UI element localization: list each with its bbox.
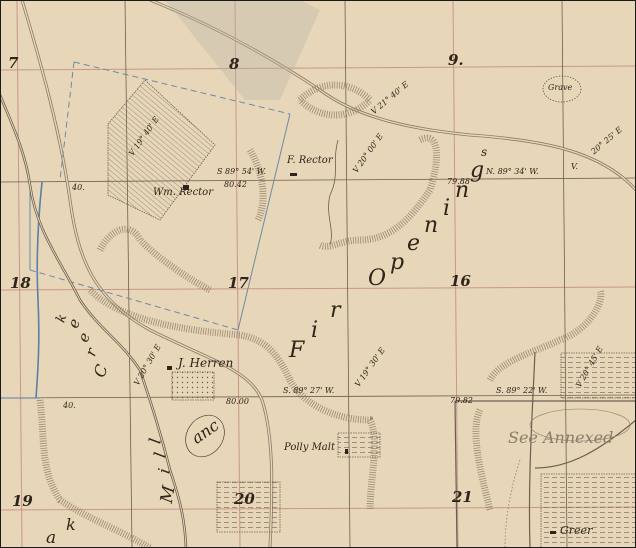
distance-79-82: 79.82 — [450, 397, 473, 405]
owner-j-herren: J. Herren — [178, 357, 233, 369]
grave-label: Grave — [548, 84, 572, 92]
see-annexed-label: See Annexed — [508, 430, 613, 446]
section-7: 7 — [8, 56, 18, 71]
distance-79-88: 79.88 — [447, 178, 470, 186]
openings-letter-n: n — [424, 215, 438, 237]
openings-letter-g: g — [470, 160, 484, 182]
field-polly-malt — [338, 433, 380, 457]
owner-greer: Greer — [560, 525, 592, 536]
quarter-lines — [0, 0, 636, 548]
owner-polly-malt: Polly Malt — [284, 443, 335, 453]
bearing-v: V. — [571, 163, 578, 171]
fir-letter-r: r — [330, 300, 341, 322]
owner-wm-rector: Wm. Rector — [153, 188, 213, 198]
openings-letter-s: s — [481, 146, 487, 158]
fir-letter-f: F — [289, 340, 304, 362]
section-lines — [0, 0, 636, 548]
survey-map: 7 8 9. 16 17 18 19 20 21 Wm. Rector F. R… — [0, 0, 636, 548]
bearing-s8927w: S. 89° 27' W. — [283, 387, 334, 395]
openings-letter-o: O — [368, 268, 386, 290]
section-20: 20 — [234, 492, 255, 507]
section-9: 9. — [448, 53, 464, 68]
distance-40-north: 40. — [72, 184, 85, 192]
openings-letter-e: e — [407, 233, 420, 255]
oak-letter-k: k — [66, 517, 76, 533]
bearing-n8934w: N. 89° 34' W. — [486, 168, 539, 176]
creek-letter-m: M — [159, 484, 179, 504]
section-21: 21 — [452, 490, 473, 505]
fir-letter-i: i — [311, 320, 318, 342]
distance-80-00: 80.00 — [226, 398, 249, 406]
field-herren — [172, 372, 214, 400]
section-16: 16 — [450, 274, 471, 289]
bearing-s8922w: S. 89° 22' W. — [496, 387, 547, 395]
field-wm-rector — [108, 80, 215, 220]
section-19: 19 — [12, 494, 33, 509]
oak-letter-a: a — [46, 530, 56, 547]
map-linework — [0, 0, 636, 548]
section-8: 8 — [229, 57, 239, 72]
section-17: 17 — [228, 276, 249, 291]
owner-f-rector: F. Rector — [287, 156, 333, 166]
openings-letter-i: i — [443, 198, 450, 220]
distance-40-south: 40. — [63, 402, 76, 410]
distance-80-42: 80.42 — [224, 181, 247, 189]
section-18: 18 — [10, 276, 31, 291]
openings-letter-p: p — [390, 252, 404, 274]
bearing-s8954w: S 89° 54' W. — [217, 168, 266, 176]
